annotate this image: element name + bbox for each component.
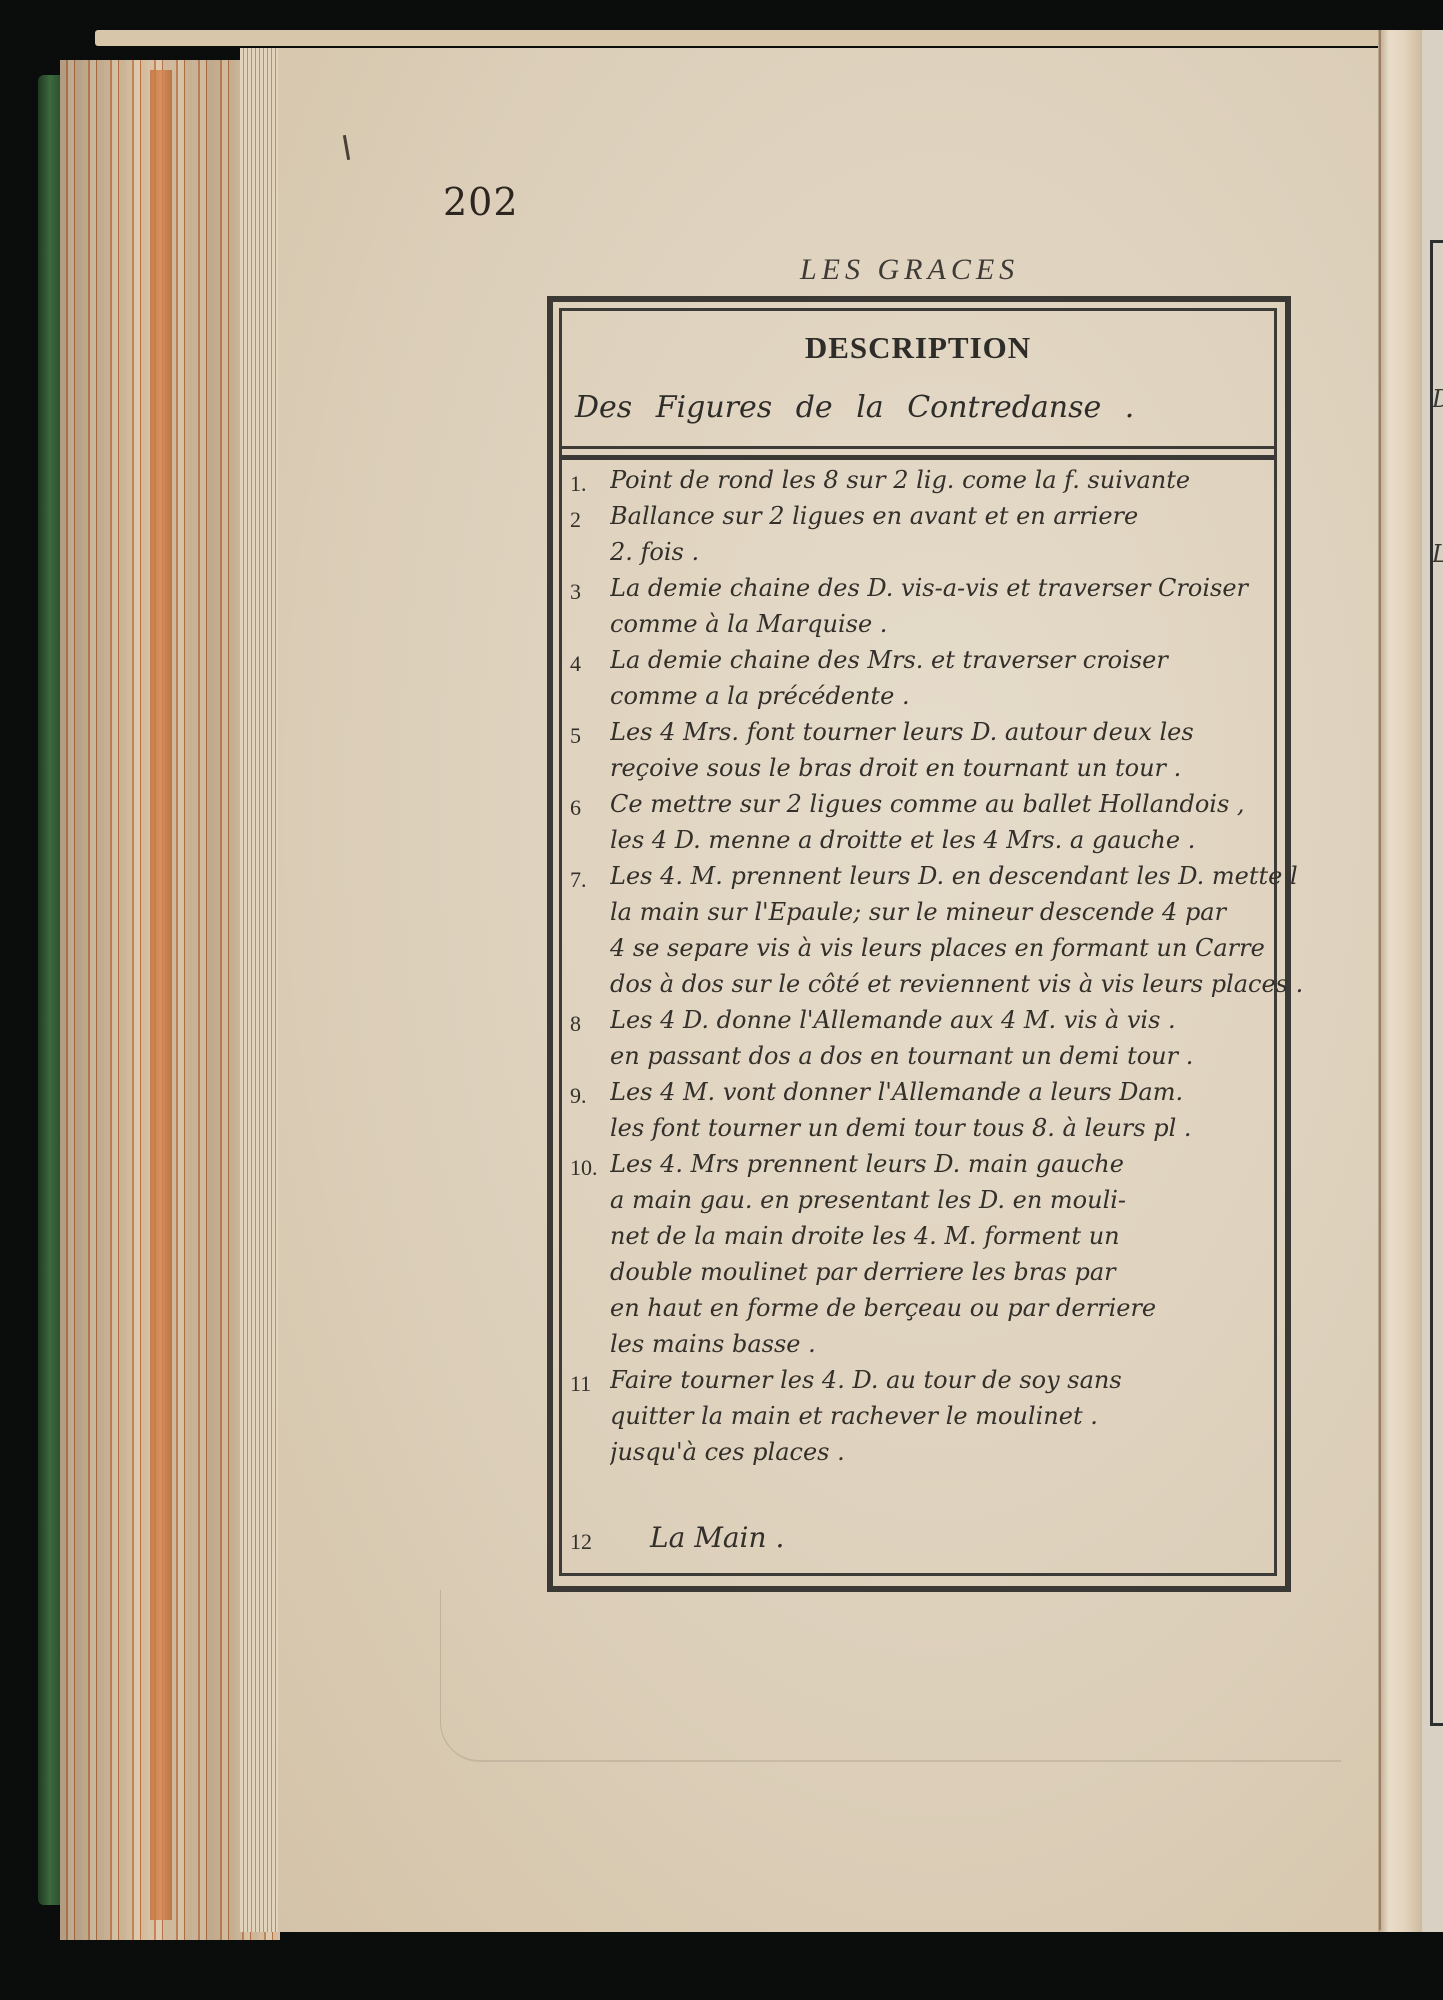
- figure-entry-8: 8 Les 4 D. donne l'Allemande aux 4 M. vi…: [570, 1002, 1280, 1074]
- figure-line: La demie chaine des Mrs. et traverser cr…: [610, 642, 1280, 678]
- adjacent-page-frame: [1430, 240, 1443, 1726]
- figure-line: Ballance sur 2 ligues en avant et en arr…: [610, 498, 1280, 534]
- figure-entry-5: 5 Les 4 Mrs. font tourner leurs D. autou…: [570, 714, 1280, 786]
- figure-line: les font tourner un demi tour tous 8. à …: [610, 1110, 1280, 1146]
- figure-line: quitter la main et rachever le moulinet …: [610, 1398, 1280, 1434]
- figure-entry-12: 12 La Main .: [570, 1520, 1280, 1556]
- figure-line: Les 4 M. vont donner l'Allemande a leurs…: [610, 1074, 1280, 1110]
- figure-line: 4 se separe vis à vis leurs places en fo…: [610, 930, 1303, 966]
- figure-line: Ce mettre sur 2 ligues comme au ballet H…: [610, 786, 1280, 822]
- figure-entry-7: 7. Les 4. M. prennent leurs D. en descen…: [570, 858, 1280, 1002]
- plate-mark: [440, 1590, 1341, 1762]
- figure-number: 12: [570, 1520, 610, 1556]
- figure-line: Les 4. M. prennent leurs D. en descendan…: [610, 858, 1303, 894]
- plate-subtitle: Des Figures de la Contredanse .: [575, 390, 1275, 425]
- figure-line: Les 4 D. donne l'Allemande aux 4 M. vis …: [610, 1002, 1280, 1038]
- adjacent-page-fragment: Le: [1432, 540, 1443, 568]
- figure-line: La Main .: [610, 1520, 1280, 1556]
- page-left-fold: [240, 48, 280, 1932]
- figure-number: 6: [570, 786, 610, 858]
- figure-line: les 4 D. menne a droitte et les 4 Mrs. a…: [610, 822, 1280, 858]
- figure-line: dos à dos sur le côté et reviennent vis …: [610, 966, 1303, 1002]
- figure-entry-2: 2 Ballance sur 2 ligues en avant et en a…: [570, 498, 1280, 570]
- figure-line: en haut en forme de berçeau ou par derri…: [610, 1290, 1280, 1326]
- figure-line: a main gau. en presentant les D. en moul…: [610, 1182, 1280, 1218]
- figure-line: double moulinet par derriere les bras pa…: [610, 1254, 1280, 1290]
- figure-entry-6: 6 Ce mettre sur 2 ligues comme au ballet…: [570, 786, 1280, 858]
- plate-title: DESCRIPTION: [562, 330, 1274, 366]
- figure-line: comme à la Marquise .: [610, 606, 1280, 642]
- figure-line: en passant dos a dos en tournant un demi…: [610, 1038, 1280, 1074]
- figure-line: comme a la précédente .: [610, 678, 1280, 714]
- figure-list: 1. Point de rond les 8 sur 2 lig. come l…: [570, 462, 1280, 1556]
- running-head: LES GRACES: [800, 253, 1019, 287]
- figure-number: 10.: [570, 1146, 610, 1362]
- figure-number: 2: [570, 498, 610, 570]
- figure-entry-11: 11 Faire tourner les 4. D. au tour de so…: [570, 1362, 1280, 1470]
- figure-number: 11: [570, 1362, 610, 1470]
- figure-entry-3: 3 La demie chaine des D. vis-a-vis et tr…: [570, 570, 1280, 642]
- figure-entry-4: 4 La demie chaine des Mrs. et traverser …: [570, 642, 1280, 714]
- figure-line: 2. fois .: [610, 534, 1280, 570]
- figure-line: Les 4. Mrs prennent leurs D. main gauche: [610, 1146, 1280, 1182]
- page-number: 202: [443, 180, 519, 224]
- figure-line: reçoive sous le bras droit en tournant u…: [610, 750, 1280, 786]
- figure-entry-10: 10. Les 4. Mrs prennent leurs D. main ga…: [570, 1146, 1280, 1362]
- header-divider: [562, 446, 1274, 449]
- figure-number: 4: [570, 642, 610, 714]
- figure-line: la main sur l'Epaule; sur le mineur desc…: [610, 894, 1303, 930]
- figure-number: 3: [570, 570, 610, 642]
- gutter-crease: [1379, 30, 1381, 1930]
- figure-line: Faire tourner les 4. D. au tour de soy s…: [610, 1362, 1280, 1398]
- figure-number: 1.: [570, 462, 610, 498]
- figure-number: 7.: [570, 858, 610, 1002]
- figure-number: 5: [570, 714, 610, 786]
- figure-line: Point de rond les 8 sur 2 lig. come la f…: [610, 462, 1280, 498]
- adjacent-page-fragment: De: [1432, 385, 1443, 413]
- page-edge-top: [95, 30, 1440, 46]
- header-divider-thick: [562, 455, 1274, 460]
- figure-entry-9: 9. Les 4 M. vont donner l'Allemande a le…: [570, 1074, 1280, 1146]
- figure-number: 9.: [570, 1074, 610, 1146]
- book-gutter: [1378, 30, 1422, 1932]
- figure-entry-1: 1. Point de rond les 8 sur 2 lig. come l…: [570, 462, 1280, 498]
- figure-number: 8: [570, 1002, 610, 1074]
- figure-line: net de la main droite les 4. M. forment …: [610, 1218, 1280, 1254]
- figure-line: jusqu'à ces places .: [610, 1434, 1280, 1470]
- figure-line: les mains basse .: [610, 1326, 1280, 1362]
- figure-line: La demie chaine des D. vis-a-vis et trav…: [610, 570, 1280, 606]
- figure-line: Les 4 Mrs. font tourner leurs D. autour …: [610, 714, 1280, 750]
